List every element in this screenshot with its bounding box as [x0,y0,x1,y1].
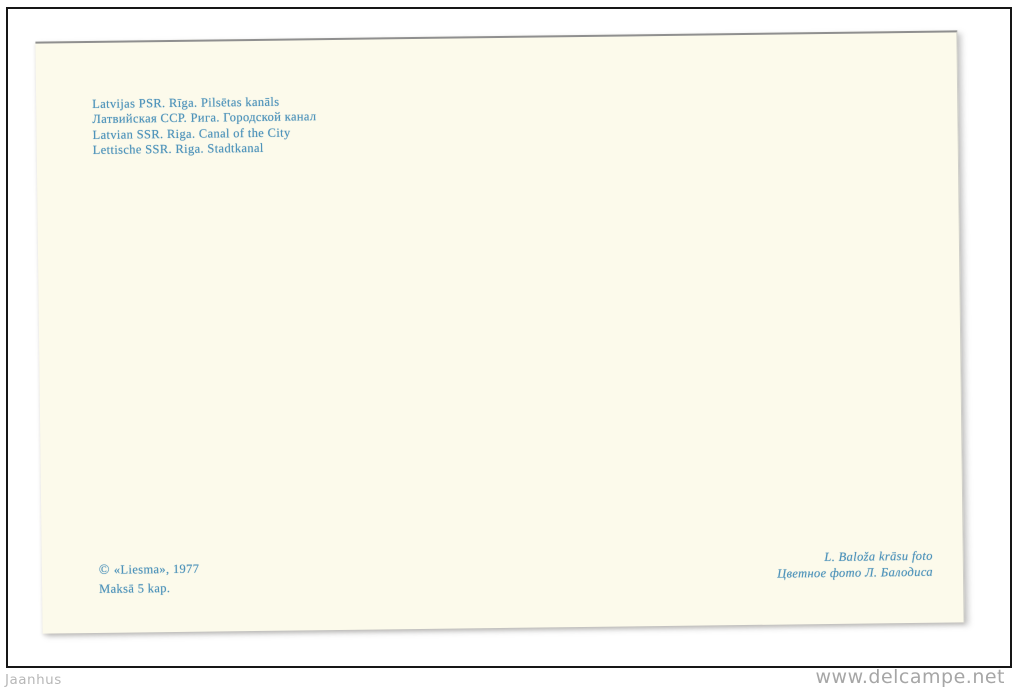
publisher-block: ©«Liesma», 1977 Maksā 5 kap. [99,560,200,599]
postcard-back: Latvijas PSR. Rīga. Pilsētas kanāls Латв… [35,30,964,633]
copyright-icon: © [99,563,110,578]
price-line: Maksā 5 kap. [99,579,200,599]
scan-frame: Latvijas PSR. Rīga. Pilsētas kanāls Латв… [6,7,1012,668]
site-watermark: www.delcampe.net [815,666,1005,688]
photo-credit-block: L. Baloža krāsu foto Цветное фото Л. Бал… [777,549,933,582]
publisher-line: ©«Liesma», 1977 [99,560,200,580]
screenshot-stage: Latvijas PSR. Rīga. Pilsētas kanāls Латв… [0,0,1020,691]
title-line-german: Lettische SSR. Riga. Stadtkanal [93,140,317,158]
publisher-text: «Liesma», 1977 [114,562,200,577]
credit-line-latvian: L. Baloža krāsu foto [777,549,933,566]
credit-line-russian: Цветное фото Л. Балодиса [777,564,933,581]
postcard-title-block: Latvijas PSR. Rīga. Pilsētas kanāls Латв… [92,94,317,158]
seller-watermark: Jaanhus [5,672,62,688]
title-line-english: Latvian SSR. Riga. Canal of the City [92,125,316,143]
